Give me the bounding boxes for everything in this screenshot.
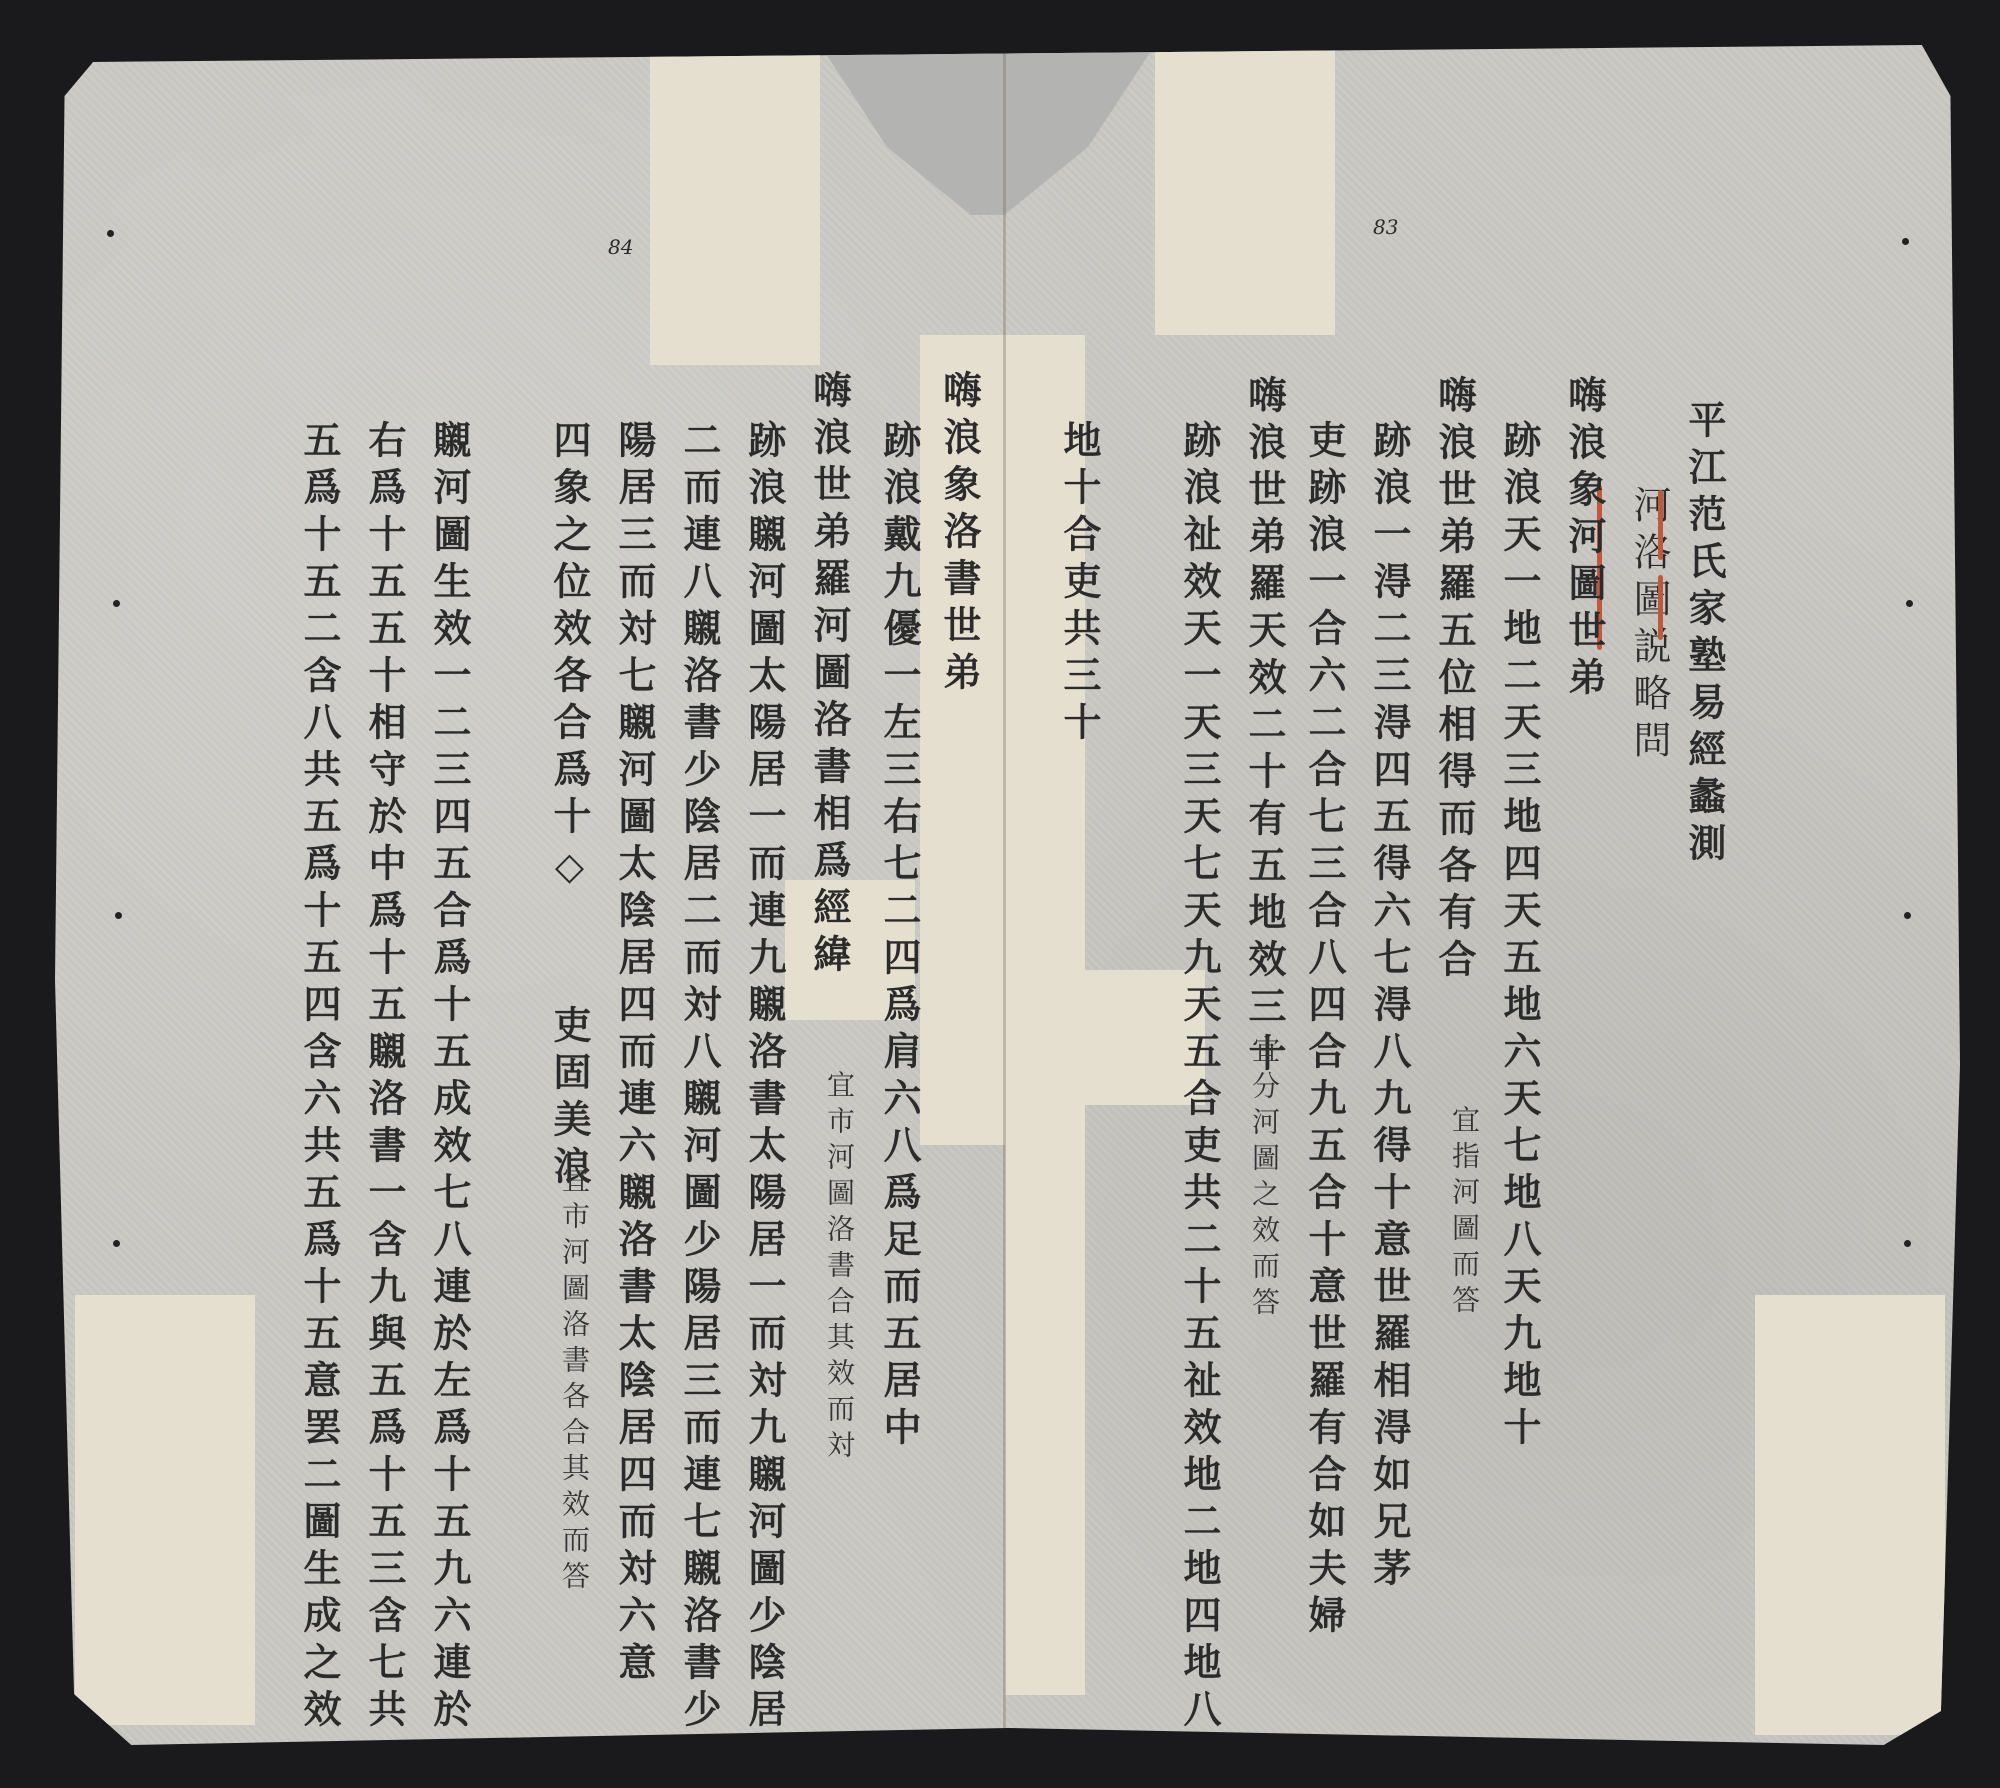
text-column: 地十合吏共三十 bbox=[1055, 420, 1103, 749]
text-column: 四象之位效各合爲十◇ bbox=[545, 420, 593, 897]
annotation-column: 宜指河圖而答 bbox=[1440, 1105, 1488, 1321]
annotation-column: 宜市河圖洛書各合其效而答 bbox=[550, 1165, 598, 1597]
text-column: 吏跡浪一合六二合七三合八四合九五合十意世羅有合如夫婦 bbox=[1300, 420, 1348, 1642]
binding-hole bbox=[115, 912, 122, 919]
subtitle: 河洛圖説略問 bbox=[1625, 485, 1673, 767]
annotation-column: 宜市河圖洛書合其效而対 bbox=[815, 1070, 863, 1466]
binding-hole bbox=[1904, 1240, 1911, 1247]
red-annotation-mark bbox=[1658, 575, 1663, 640]
text-column: 跡浪戴九優一左三右七二四爲肩六八爲足而五居中 bbox=[875, 420, 923, 1454]
binding-hole bbox=[1902, 238, 1909, 245]
repair-patch-bottom-left bbox=[75, 1295, 255, 1725]
text-column: 跡浪祉效天一天三天七天九天五合吏共二十五祉效地二地四地八 bbox=[1175, 420, 1223, 1736]
text-column: 二而連八䞋洛書少陰居二而対八䞋河圖少陽居三而連七䞋洛書少 bbox=[675, 420, 723, 1736]
annotation-column: 宜分河圖之效而答 bbox=[1240, 1035, 1288, 1323]
text-column: 嗨浪世弟羅五位相得而各有合 bbox=[1430, 375, 1478, 986]
text-column: 五爲十五二含八共五爲十五四含六共五爲十五意罢二圖生成之效 bbox=[295, 420, 343, 1736]
text-column: 嗨浪世弟羅河圖洛書相爲經緯 bbox=[805, 370, 853, 981]
text-column: 陽居三而対七䞋河圖太陰居四而連六䞋洛書太陰居四而対六意 bbox=[610, 420, 658, 1689]
page-number-left: 84 bbox=[608, 235, 633, 259]
text-column: 嗨浪象洛書世弟 bbox=[935, 370, 983, 699]
binding-hole bbox=[107, 230, 114, 237]
text-column: 跡浪天一地二天三地四天五地六天七地八天九地十 bbox=[1495, 420, 1543, 1454]
repair-patch-bottom-right bbox=[1755, 1295, 1945, 1735]
red-annotation-mark bbox=[1658, 490, 1663, 560]
binding-shadow bbox=[820, 45, 1155, 215]
binding-hole bbox=[1906, 600, 1913, 607]
manuscript-sheet: 84 83 平江范氏家塾易經蠡測 河洛圖説略問 嗨浪象河圖世弟 跡浪天一地二天三… bbox=[55, 45, 1960, 1745]
text-column: 嗨浪象河圖世弟 bbox=[1560, 375, 1608, 704]
center-fold bbox=[1003, 45, 1006, 1745]
text-column: 右爲十五五十相守於中爲十五䞋洛書一含九與五爲十五三含七共 bbox=[360, 420, 408, 1736]
text-column: 䞋河圖生效一二三四五合爲十五成效七八連於左爲十五九六連於 bbox=[425, 420, 473, 1736]
repair-patch-top-left bbox=[650, 45, 820, 365]
binding-hole bbox=[113, 600, 120, 607]
text-column: 跡浪䞋河圖太陽居一而連九䞋洛書太陽居一而対九䞋河圖少陰居 bbox=[740, 420, 788, 1736]
binding-hole bbox=[1904, 912, 1911, 919]
binding-hole bbox=[113, 1240, 120, 1247]
text-column: 嗨浪世弟羅天效二十有五地效三十 bbox=[1240, 375, 1288, 1080]
repair-patch-top-right bbox=[1155, 45, 1335, 335]
text-column: 跡浪一淂二三淂四五得六七淂八九得十意世羅相淂如兄茅 bbox=[1365, 420, 1413, 1595]
page-number-right: 83 bbox=[1373, 215, 1398, 239]
title: 平江范氏家塾易經蠡測 bbox=[1680, 400, 1728, 870]
